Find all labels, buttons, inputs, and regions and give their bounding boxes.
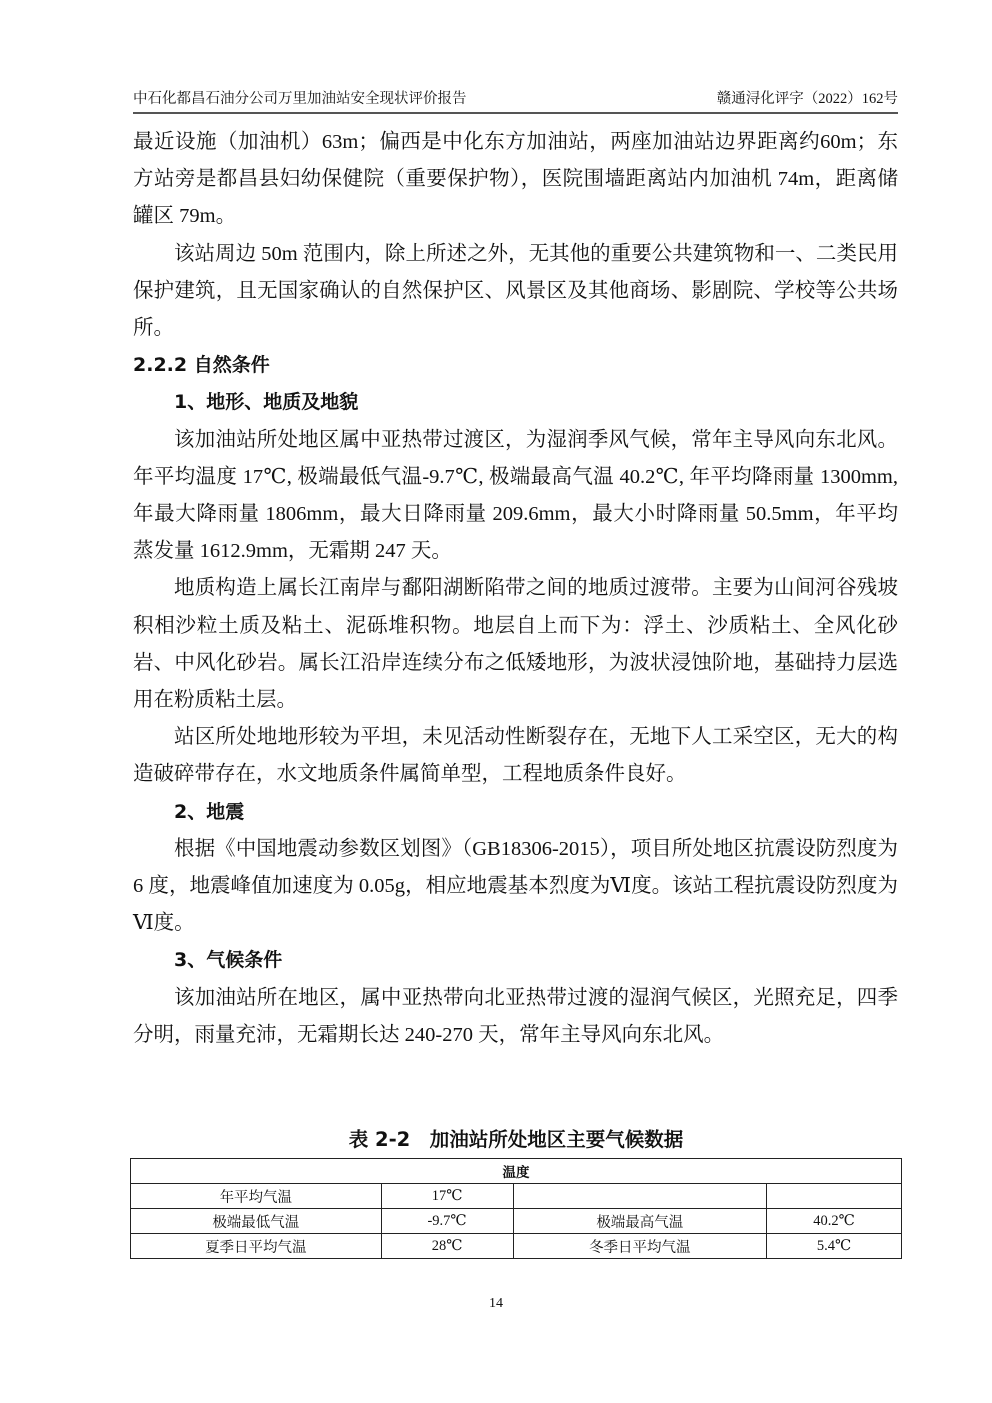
paragraph: 站区所处地地形较为平坦，未见活动性断裂存在，无地下人工采空区，无大的构造破碎带存… bbox=[133, 719, 898, 793]
table-cell: 年平均气温 bbox=[131, 1184, 382, 1209]
table-group-header-row: 温度 bbox=[131, 1159, 902, 1184]
table-cell: 极端最高气温 bbox=[513, 1209, 767, 1234]
table-row: 极端最低气温 -9.7℃ 极端最高气温 40.2℃ bbox=[131, 1209, 902, 1234]
table-cell bbox=[513, 1184, 767, 1209]
table-cell: 夏季日平均气温 bbox=[131, 1234, 382, 1259]
table-row: 夏季日平均气温 28℃ 冬季日平均气温 5.4℃ bbox=[131, 1234, 902, 1259]
paragraph: 该站周边 50m 范围内，除上所述之外，无其他的重要公共建筑物和一、二类民用保护… bbox=[133, 236, 898, 348]
table-cell: 17℃ bbox=[381, 1184, 513, 1209]
subsection-heading: 3、气候条件 bbox=[133, 942, 898, 979]
table-cell: 28℃ bbox=[381, 1234, 513, 1259]
page-number: 14 bbox=[0, 1296, 992, 1312]
table-caption: 表 2-2 加油站所处地区主要气候数据 bbox=[130, 1124, 902, 1152]
subsection-heading: 2、地震 bbox=[133, 794, 898, 831]
header-report-title: 中石化都昌石油分公司万里加油站安全现状评价报告 bbox=[133, 87, 467, 108]
table-cell: 极端最低气温 bbox=[131, 1209, 382, 1234]
page-body: 最近设施（加油机）63m；偏西是中化东方加油站，两座加油站边界距离约60m；东方… bbox=[133, 124, 898, 1054]
paragraph: 最近设施（加油机）63m；偏西是中化东方加油站，两座加油站边界距离约60m；东方… bbox=[133, 124, 898, 236]
table-cell bbox=[767, 1184, 902, 1209]
paragraph: 地质构造上属长江南岸与鄱阳湖断陷带之间的地质过渡带。主要为山间河谷残坡积相沙粒土… bbox=[133, 570, 898, 719]
table-cell: -9.7℃ bbox=[381, 1209, 513, 1234]
table-cell: 40.2℃ bbox=[767, 1209, 902, 1234]
page-header: 中石化都昌石油分公司万里加油站安全现状评价报告 赣通浔化评字（2022）162号 bbox=[133, 86, 898, 114]
header-document-number: 赣通浔化评字（2022）162号 bbox=[717, 87, 898, 108]
paragraph: 该加油站所处地区属中亚热带过渡区，为湿润季风气候，常年主导风向东北风。年平均温度… bbox=[133, 422, 898, 571]
paragraph: 该加油站所在地区，属中亚热带向北亚热带过渡的湿润气候区，光照充足，四季分明，雨量… bbox=[133, 980, 898, 1054]
paragraph: 根据《中国地震动参数区划图》（GB18306-2015），项目所处地区抗震设防烈… bbox=[133, 831, 898, 943]
table-row: 年平均气温 17℃ bbox=[131, 1184, 902, 1209]
climate-data-table: 温度 年平均气温 17℃ 极端最低气温 -9.7℃ 极端最高气温 40.2℃ 夏… bbox=[130, 1158, 902, 1259]
table-cell: 5.4℃ bbox=[767, 1234, 902, 1259]
table-group-header: 温度 bbox=[131, 1159, 902, 1184]
section-heading: 2.2.2 自然条件 bbox=[133, 347, 898, 384]
subsection-heading: 1、地形、地质及地貌 bbox=[133, 384, 898, 421]
table-cell: 冬季日平均气温 bbox=[513, 1234, 767, 1259]
